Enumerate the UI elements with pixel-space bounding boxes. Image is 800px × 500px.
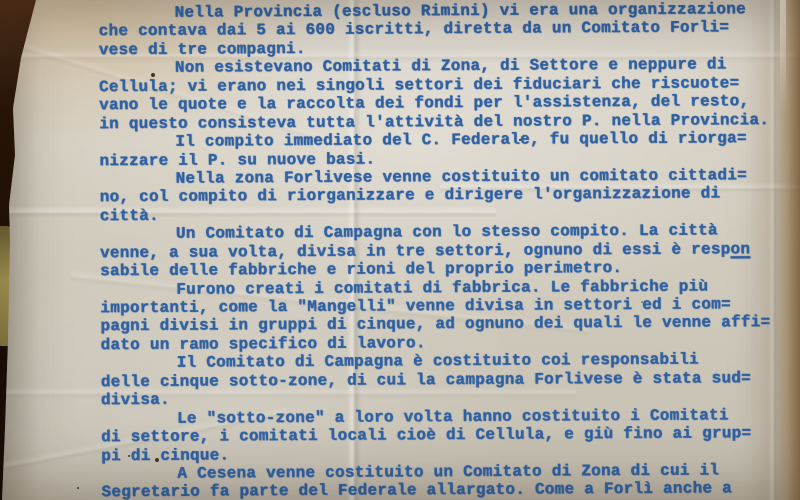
paper-sheet: Nella Provincia (escluso Rimini) vi era … — [0, 0, 800, 500]
typewritten-line: Segretario fa parte del Federale allarga… — [101, 479, 791, 500]
underlined-text: on — [730, 240, 750, 258]
typewritten-text: Nella Provincia (escluso Rimini) vi era … — [98, 0, 791, 500]
photo-of-typewritten-document: Nella Provincia (escluso Rimini) vi era … — [0, 0, 800, 500]
dust-specks — [0, 0, 2, 2]
